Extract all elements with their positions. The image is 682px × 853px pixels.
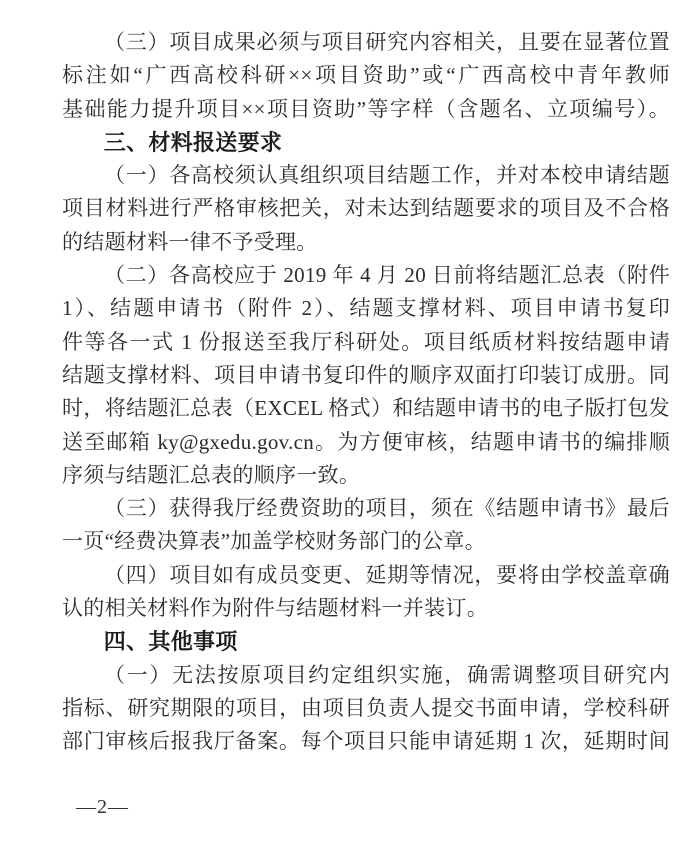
text-line: （四）项目如有成员变更、延期等情况，要将由学校盖章确 [62,559,670,592]
text-line: 认的相关材料作为附件与结题材料一并装订。 [62,592,670,625]
text-line: （三）项目成果必须与项目研究内容相关，且要在显著位置 [62,26,670,59]
text-line: （一）无法按原项目约定组织实施，确需调整项目研究内容、 [62,659,670,692]
text-line: 部门审核后报我厅备案。每个项目只能申请延期 1 次，延期时间 [62,725,670,758]
text-line: 时，将结题汇总表（EXCEL 格式）和结题申请书的电子版打包发 [62,392,670,425]
text-line: 的结题材料一律不予受理。 [62,226,670,259]
heading-section-3: 三、材料报送要求 [62,126,670,159]
document-page: （三）项目成果必须与项目研究内容相关，且要在显著位置 标注如“广西高校科研××项… [0,0,682,853]
text-line: 1）、结题申请书（附件 2）、结题支撑材料、项目申请书复印 [62,292,670,325]
text-line: 指标、研究期限的项目，由项目负责人提交书面申请，学校科研 [62,692,670,725]
page-number: —2— [76,795,129,819]
text-line: 件等各一式 1 份报送至我厅科研处。项目纸质材料按结题申请书、 [62,326,670,359]
text-line: （三）获得我厅经费资助的项目，须在《结题申请书》最后 [62,492,670,525]
text-line: 基础能力提升项目××项目资助”等字样（含题名、立项编号）。 [62,93,670,126]
document-body: （三）项目成果必须与项目研究内容相关，且要在显著位置 标注如“广西高校科研××项… [62,26,670,759]
text-line: （一）各高校须认真组织项目结题工作，并对本校申请结题 [62,159,670,192]
text-line: 标注如“广西高校科研××项目资助”或“广西高校中青年教师 [62,59,670,92]
text-line: 送至邮箱 ky@gxedu.gov.cn。为方便审核，结题申请书的编排顺 [62,426,670,459]
text-line: （二）各高校应于 2019 年 4 月 20 日前将结题汇总表（附件 [62,259,670,292]
text-line: 项目材料进行严格审核把关，对未达到结题要求的项目及不合格 [62,192,670,225]
text-line: 结题支撑材料、项目申请书复印件的顺序双面打印装订成册。同 [62,359,670,392]
text-line: 一页“经费决算表”加盖学校财务部门的公章。 [62,525,670,558]
heading-section-4: 四、其他事项 [62,625,670,658]
text-line: 序须与结题汇总表的顺序一致。 [62,459,670,492]
